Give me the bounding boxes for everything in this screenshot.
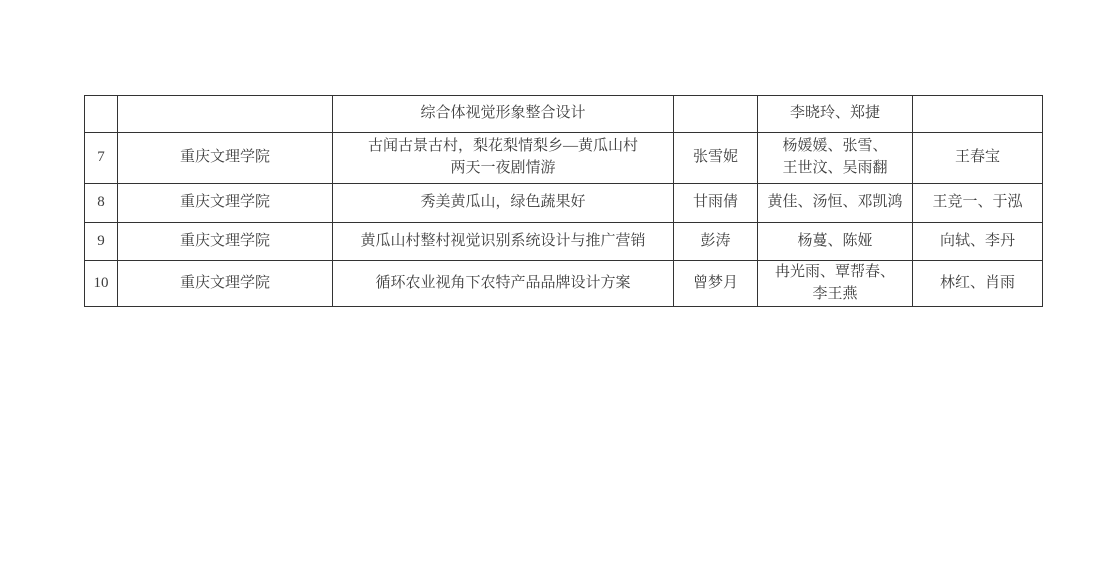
- cell-members: 杨蔓、陈娅: [758, 223, 913, 261]
- cell-school: 重庆文理学院: [118, 133, 333, 184]
- cell-instructors: 向轼、李丹: [913, 223, 1043, 261]
- cell-title: 循环农业视角下农特产品品牌设计方案: [333, 261, 674, 307]
- cell-members: 杨媛媛、张雪、 王世汶、吴雨翻: [758, 133, 913, 184]
- cell-leader: [674, 96, 758, 133]
- cell-school: 重庆文理学院: [118, 184, 333, 223]
- cell-number: 10: [85, 261, 118, 307]
- table-row: 10 重庆文理学院 循环农业视角下农特产品品牌设计方案 曾梦月 冉光雨、覃帮春、…: [85, 261, 1043, 307]
- cell-instructors: 林红、肖雨: [913, 261, 1043, 307]
- cell-school: 重庆文理学院: [118, 261, 333, 307]
- cell-number: 8: [85, 184, 118, 223]
- cell-leader: 曾梦月: [674, 261, 758, 307]
- cell-title: 古闻古景古村，梨花梨情梨乡—黄瓜山村 两天一夜剧情游: [333, 133, 674, 184]
- cell-title: 综合体视觉形象整合设计: [333, 96, 674, 133]
- cell-leader: 张雪妮: [674, 133, 758, 184]
- cell-school: [118, 96, 333, 133]
- cell-leader: 彭涛: [674, 223, 758, 261]
- cell-school: 重庆文理学院: [118, 223, 333, 261]
- cell-instructors: 王春宝: [913, 133, 1043, 184]
- cell-title: 黄瓜山村整村视觉识别系统设计与推广营销: [333, 223, 674, 261]
- cell-members: 黄佳、汤恒、邓凯鸿: [758, 184, 913, 223]
- cell-instructors: [913, 96, 1043, 133]
- cell-number: 9: [85, 223, 118, 261]
- cell-number: 7: [85, 133, 118, 184]
- table-row: 8 重庆文理学院 秀美黄瓜山，绿色蔬果好 甘雨倩 黄佳、汤恒、邓凯鸿 王竞一、于…: [85, 184, 1043, 223]
- cell-instructors: 王竞一、于泓: [913, 184, 1043, 223]
- award-table: 综合体视觉形象整合设计 李晓玲、郑捷 7 重庆文理学院 古闻古景古村，梨花梨情梨…: [84, 95, 1043, 307]
- cell-number: [85, 96, 118, 133]
- cell-title: 秀美黄瓜山，绿色蔬果好: [333, 184, 674, 223]
- table-row: 9 重庆文理学院 黄瓜山村整村视觉识别系统设计与推广营销 彭涛 杨蔓、陈娅 向轼…: [85, 223, 1043, 261]
- table-row: 综合体视觉形象整合设计 李晓玲、郑捷: [85, 96, 1043, 133]
- document-page: 综合体视觉形象整合设计 李晓玲、郑捷 7 重庆文理学院 古闻古景古村，梨花梨情梨…: [84, 95, 1043, 307]
- cell-members: 冉光雨、覃帮春、 李王燕: [758, 261, 913, 307]
- cell-leader: 甘雨倩: [674, 184, 758, 223]
- table-row: 7 重庆文理学院 古闻古景古村，梨花梨情梨乡—黄瓜山村 两天一夜剧情游 张雪妮 …: [85, 133, 1043, 184]
- cell-members: 李晓玲、郑捷: [758, 96, 913, 133]
